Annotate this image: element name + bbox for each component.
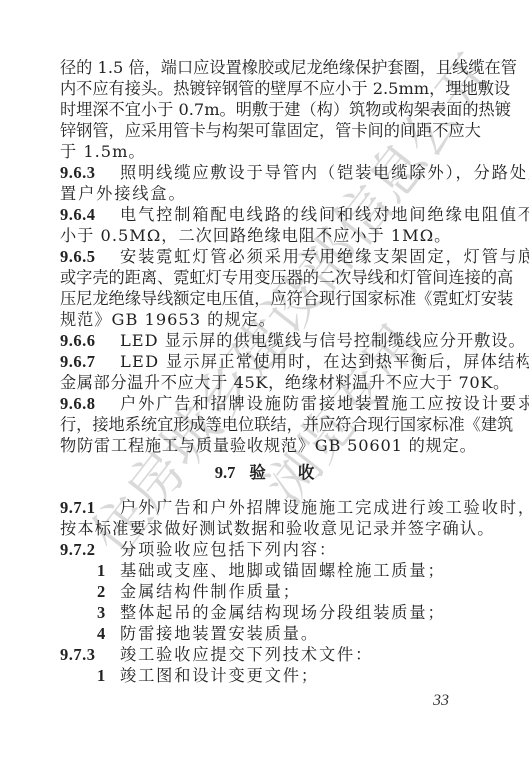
clause-number: 9.7.1 (60, 497, 120, 518)
clause-9-6-4: 9.6.4电气控制箱配电线路的线间和线对地间绝缘电阻值不应 (60, 204, 462, 225)
clause-text: LED 显示屏的供电缆线与信号控制缆线应分开敷设。 (120, 331, 526, 350)
document-page: 住房城乡建设部信息公开 浏览专用 径的 1.5 倍，端口应设置橡胶或尼龙绝缘保护… (0, 0, 529, 767)
list-item: 4防雷接地装置安装质量。 (60, 623, 462, 644)
section-title-word: 收 (298, 463, 315, 482)
clause-number: 9.6.5 (60, 246, 120, 267)
paragraph-line: 于 1.5m。 (60, 141, 462, 162)
clause-9-7-2: 9.7.2分项验收应包括下列内容： (60, 539, 462, 560)
clause-9-6-6: 9.6.6LED 显示屏的供电缆线与信号控制缆线应分开敷设。 (60, 330, 462, 351)
clause-text: LED 显示屏正常使用时，在达到热平衡后，屏体结构的 (120, 352, 529, 371)
clause-number: 9.7.2 (60, 539, 120, 560)
section-number: 9.7 (215, 463, 236, 482)
list-item-text: 防雷接地装置安装质量。 (120, 623, 319, 644)
clause-number: 9.6.8 (60, 393, 120, 414)
clause-9-6-5: 9.6.5安装霓虹灯管必须采用专用绝缘支架固定，灯管与底板 (60, 246, 462, 267)
list-item: 1基础或支座、地脚或锚固螺栓施工质量； (60, 560, 462, 581)
clause-9-6-7: 9.6.7LED 显示屏正常使用时，在达到热平衡后，屏体结构的 (60, 351, 462, 372)
paragraph-line: 物防雷工程施工与质量验收规范》GB 50601 的规定。 (60, 435, 462, 456)
paragraph-line: 时埋深不宜小于 0.7m。明敷于建（构）筑物或构架表面的热镀 (60, 99, 462, 120)
clause-text: 竣工验收应提交下列技术文件： (120, 645, 373, 664)
clause-text: 分项验收应包括下列内容： (120, 540, 337, 559)
list-item: 2金属结构件制作质量； (60, 581, 462, 602)
clause-number: 9.6.6 (60, 330, 120, 351)
page-number: 33 (433, 692, 449, 710)
paragraph-line: 压尼龙绝缘导线额定电压值，应符合现行国家标准《霓虹灯安装 (60, 288, 462, 309)
paragraph-line: 小于 0.5MΩ，二次回路绝缘电阻不应小于 1MΩ。 (60, 225, 462, 246)
clause-text: 户外广告和招牌设施防雷接地装置施工应按设计要求执 (120, 394, 529, 413)
clause-number: 9.6.7 (60, 351, 120, 372)
paragraph-line: 内不应有接头。热镀锌钢管的壁厚不应小于 2.5mm，埋地敷设 (60, 78, 462, 99)
paragraph-line: 锌钢管，应采用管卡与构架可靠固定，管卡间的间距不应大 (60, 120, 462, 141)
clause-text: 照明线缆应敷设于导管内（铠装电缆除外），分路处应设 (120, 163, 529, 182)
paragraph-line: 行，接地系统宜形成等电位联结，并应符合现行国家标准《建筑 (60, 414, 462, 435)
list-item-text: 金属结构件制作质量； (120, 581, 301, 602)
clause-text: 安装霓虹灯管必须采用专用绝缘支架固定，灯管与底板 (120, 247, 529, 266)
clause-text: 电气控制箱配电线路的线间和线对地间绝缘电阻值不应 (120, 205, 529, 224)
list-item-text: 整体起吊的金属结构现场分段组装质量； (120, 602, 446, 623)
list-item-number: 4 (97, 623, 107, 644)
list-item-number: 3 (97, 602, 107, 623)
clause-9-7-3: 9.7.3竣工验收应提交下列技术文件： (60, 644, 462, 665)
paragraph-line: 径的 1.5 倍，端口应设置橡胶或尼龙绝缘保护套圈，且线缆在管 (60, 57, 462, 78)
list-item-text: 基础或支座、地脚或锚固螺栓施工质量； (120, 560, 446, 581)
clause-number: 9.7.3 (60, 644, 120, 665)
list-item-number: 1 (97, 560, 107, 581)
list-item-text: 竣工图和设计变更文件； (120, 665, 319, 686)
clause-text: 户外广告和户外招牌设施施工完成进行竣工验收时，应 (120, 498, 529, 517)
clause-number: 9.6.3 (60, 162, 120, 183)
section-title-word: 验 (249, 463, 266, 482)
paragraph-line: 置户外接线盒。 (60, 183, 462, 204)
clause-9-6-3: 9.6.3照明线缆应敷设于导管内（铠装电缆除外），分路处应设 (60, 162, 462, 183)
paragraph-line: 或字壳的距离、霓虹灯专用变压器的二次导线和灯管间连接的高 (60, 267, 462, 288)
paragraph-line: 按本标准要求做好测试数据和验收意见记录并签字确认。 (60, 518, 462, 539)
clause-9-6-8: 9.6.8户外广告和招牌设施防雷接地装置施工应按设计要求执 (60, 393, 462, 414)
clause-9-7-1: 9.7.1户外广告和户外招牌设施施工完成进行竣工验收时，应 (60, 497, 462, 518)
paragraph-line: 规范》GB 19653 的规定。 (60, 309, 462, 330)
list-item-number: 2 (97, 581, 107, 602)
paragraph-line: 金属部分温升不应大于 45K，绝缘材料温升不应大于 70K。 (60, 372, 462, 393)
section-heading: 9.7验收 (0, 462, 529, 484)
list-item: 1竣工图和设计变更文件； (60, 665, 462, 686)
list-item-number: 1 (97, 665, 107, 686)
clause-number: 9.6.4 (60, 204, 120, 225)
list-item: 3整体起吊的金属结构现场分段组装质量； (60, 602, 462, 623)
